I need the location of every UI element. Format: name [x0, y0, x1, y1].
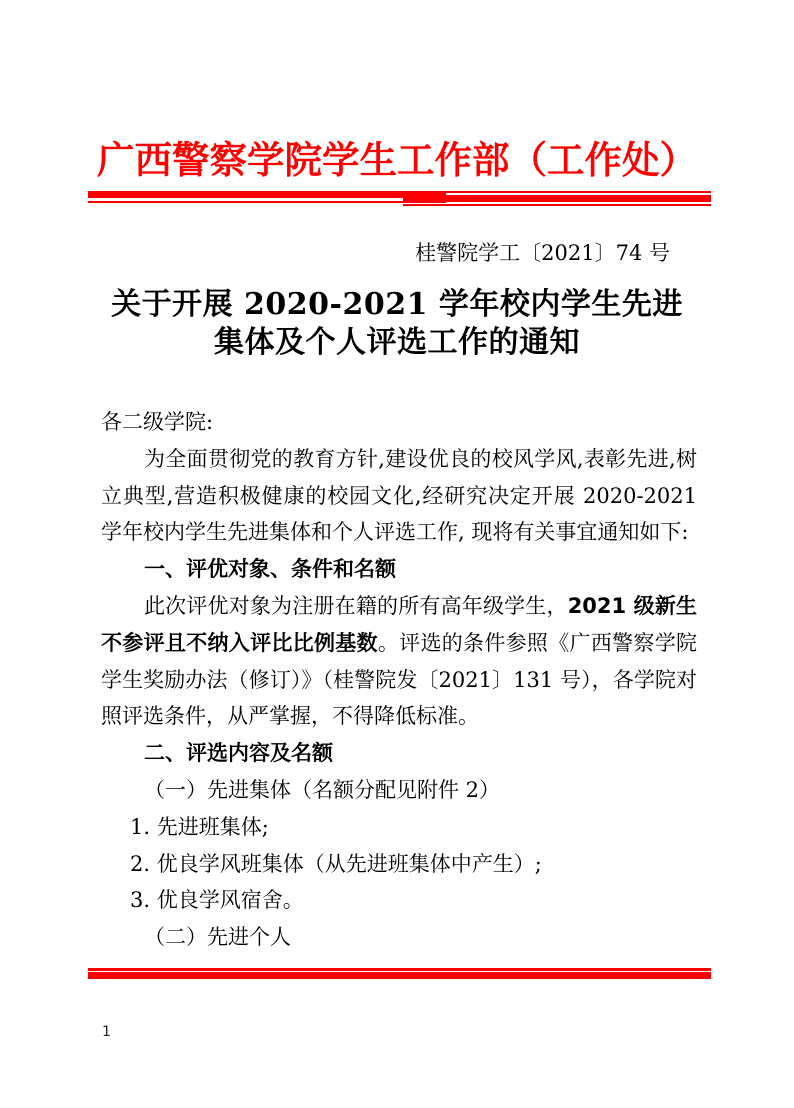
intro-paragraph: 为全面贯彻党的教育方针,建设优良的校风学风,表彰先进,树立典型,营造积极健康的校…	[101, 441, 697, 551]
subsection2-heading: （二）先进个人	[101, 919, 697, 956]
page-number: 1	[102, 1024, 111, 1040]
list-item-2: 2. 优良学风班集体（从先进班集体中产生）;	[101, 846, 697, 883]
footer-divider	[88, 968, 711, 979]
section1-text-regular: 此次评优对象为注册在籍的所有高年级学生，	[144, 594, 568, 618]
section2-heading: 二、评选内容及名额	[101, 735, 697, 772]
section1-heading: 一、评优对象、条件和名额	[101, 551, 697, 588]
letterhead-divider-left	[88, 191, 446, 203]
salutation: 各二级学院:	[101, 404, 697, 441]
divider-thick-line	[88, 972, 711, 979]
letterhead-title: 广西警察学院学生工作部（工作处）	[0, 130, 794, 184]
divider-thin-line	[88, 201, 446, 204]
document-number: 桂警院学工〔2021〕74 号	[415, 237, 670, 267]
list-item-1: 1. 先进班集体;	[101, 809, 697, 846]
section1-paragraph: 此次评优对象为注册在籍的所有高年级学生，2021 级新生不参评且不纳入评比比例基…	[101, 588, 697, 735]
subsection1-heading: （一）先进集体（名额分配见附件 2）	[101, 772, 697, 809]
document-title: 关于开展 2020-2021 学年校内学生先进集体及个人评选工作的通知	[99, 286, 695, 362]
letterhead-divider-right	[403, 191, 711, 207]
divider-thick-line	[88, 191, 446, 198]
divider-thick-line	[403, 195, 711, 202]
document-body: 各二级学院: 为全面贯彻党的教育方针,建设优良的校风学风,表彰先进,树立典型,营…	[101, 404, 697, 956]
list-item-3: 3. 优良学风宿舍。	[101, 882, 697, 919]
document-page: 广西警察学院学生工作部（工作处） 桂警院学工〔2021〕74 号 关于开展 20…	[0, 0, 794, 1108]
divider-thin-line	[403, 204, 711, 207]
